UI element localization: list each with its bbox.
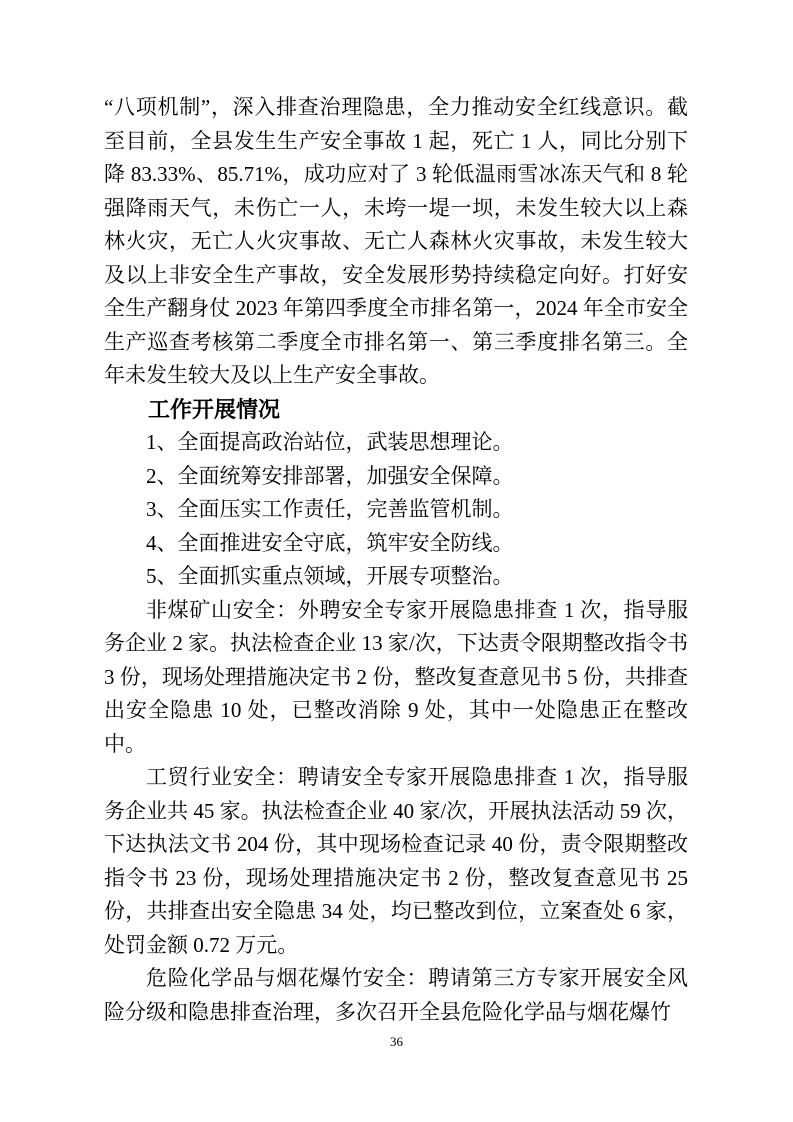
list-item-3: 3、全面压实工作责任，完善监管机制。 [104, 493, 688, 527]
list-item-5: 5、全面抓实重点领域，开展专项整治。 [104, 560, 688, 594]
paragraph-non-coal-mine-safety: 非煤矿山安全：外聘安全专家开展隐患排查 1 次，指导服务企业 2 家。执法检查企… [104, 594, 688, 762]
paragraph-continuation-safety-summary: “八项机制”，深入排查治理隐患，全力推动安全红线意识。截至目前，全县发生生产安全… [104, 91, 688, 393]
paragraph-hazardous-chemicals-safety: 危险化学品与烟花爆竹安全：聘请第三方专家开展安全风险分级和隐患排查治理，多次召开… [104, 962, 688, 1029]
list-item-2: 2、全面统筹安排部署，加强安全保障。 [104, 460, 688, 494]
document-body: “八项机制”，深入排查治理隐患，全力推动安全红线意识。截至目前，全县发生生产安全… [104, 91, 688, 1029]
paragraph-industry-trade-safety: 工贸行业安全：聘请安全专家开展隐患排查 1 次，指导服务企业共 45 家。执法检… [104, 761, 688, 962]
page-number: 36 [0, 1034, 793, 1050]
section-heading-work-progress: 工作开展情况 [104, 393, 688, 427]
list-item-1: 1、全面提高政治站位，武装思想理论。 [104, 426, 688, 460]
document-page: “八项机制”，深入排查治理隐患，全力推动安全红线意识。截至目前，全县发生生产安全… [0, 0, 793, 1122]
list-item-4: 4、全面推进安全守底，筑牢安全防线。 [104, 527, 688, 561]
